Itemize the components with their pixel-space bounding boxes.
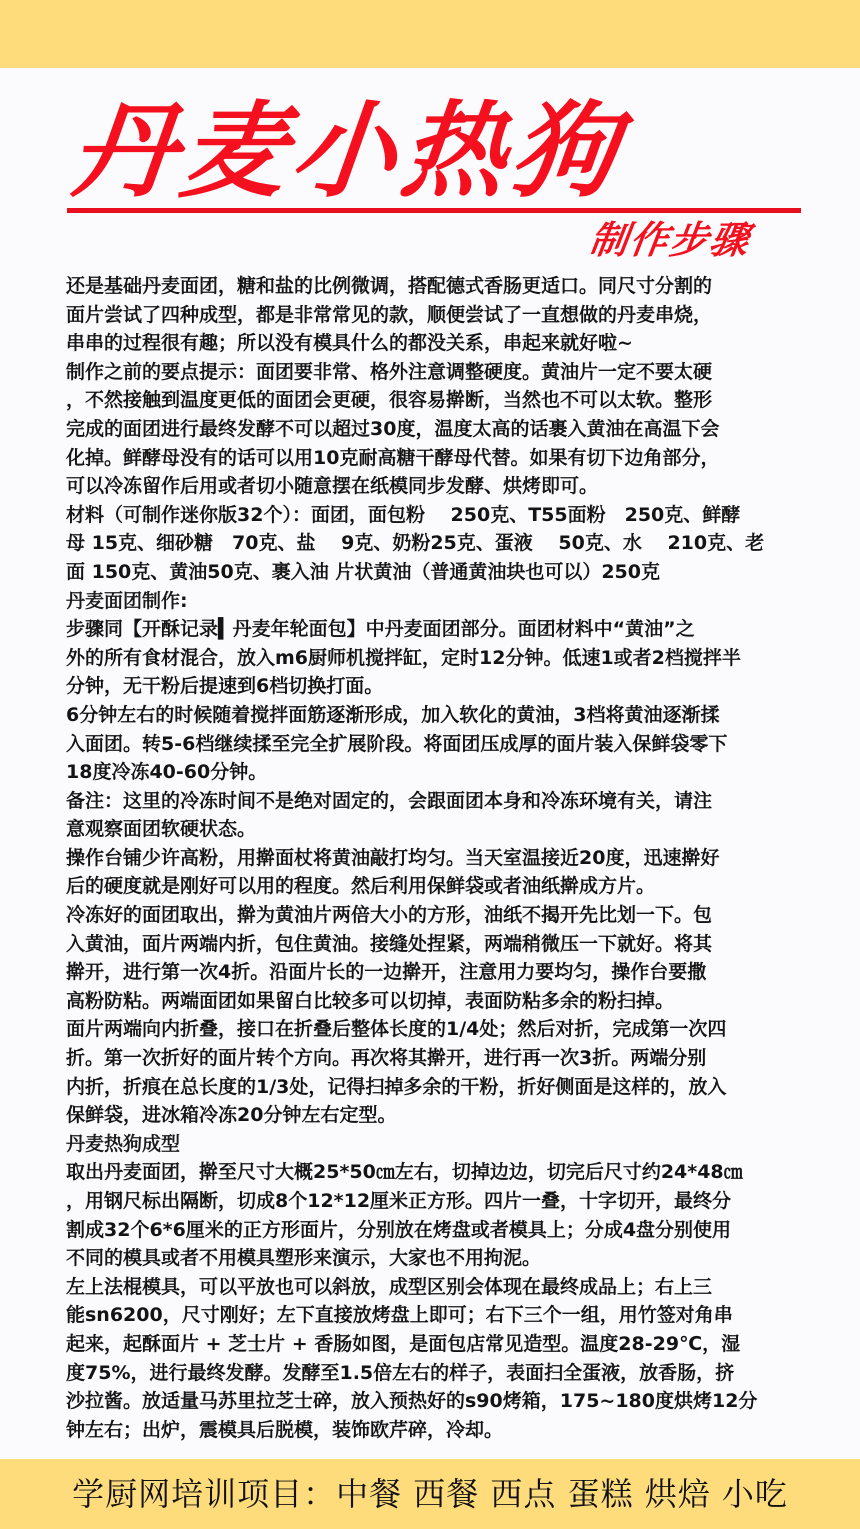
text-line: ，用钢尺标出隔断，切成8个12*12厘米正方形。四片一叠，十字切开，最终分 <box>66 1187 796 1216</box>
footer-text: 学厨网培训项目：中餐 西餐 西点 蛋糕 烘焙 小吃 <box>72 1474 788 1514</box>
text-line: 完成的面团进行最终发酵不可以超过30度，温度太高的话裹入黄油在高温下会 <box>66 415 796 444</box>
text-line: 制作之前的要点提示：面团要非常、格外注意调整硬度。黄油片一定不要太硬 <box>66 358 796 387</box>
tips-paragraph: 制作之前的要点提示：面团要非常、格外注意调整硬度。黄油片一定不要太硬 ，不然接触… <box>66 358 796 501</box>
text-line: 保鲜袋，进冰箱冷冻20分钟左右定型。 <box>66 1101 796 1130</box>
text-line: 母 15克、细砂糖 70克、盐 9克、奶粉25克、蛋液 50克、水 210克、老 <box>66 529 796 558</box>
text-line: 外的所有食材混合，放入m6厨师机搅拌缸，定时12分钟。低速1或者2档搅拌半 <box>66 644 796 673</box>
title-divider <box>67 208 801 213</box>
text-line: 高粉防粘。两端面团如果留白比较多可以切掉，表面防粘多余的粉扫掉。 <box>66 987 796 1016</box>
top-banner <box>0 0 860 68</box>
text-line: 面片两端向内折叠，接口在折叠后整体长度的1/4处；然后对折，完成第一次四 <box>66 1015 796 1044</box>
page-subtitle: 制作步骤 <box>587 218 793 262</box>
text-line: 步骤同【开酥记录▍丹麦年轮面包】中丹麦面团部分。面团材料中“黄油”之 <box>66 615 796 644</box>
text-line: 度75%，进行最终发酵。发酵至1.5倍左右的样子，表面扫全蛋液，放香肠，挤 <box>66 1359 796 1388</box>
text-line: 擀开，进行第一次4折。沿面片长的一边擀开，注意用力要均匀，操作台要撒 <box>66 958 796 987</box>
text-line: 左上法棍模具，可以平放也可以斜放，成型区别会体现在最终成品上；右上三 <box>66 1273 796 1302</box>
text-line: 取出丹麦面团，擀至尺寸大概25*50㎝左右，切掉边边，切完后尺寸约24*48㎝ <box>66 1158 796 1187</box>
text-line: 入黄油，面片两端内折，包住黄油。接缝处捏紧，两端稍微压一下就好。将其 <box>66 930 796 959</box>
intro-paragraph: 还是基础丹麦面团，糖和盐的比例微调，搭配德式香肠更适口。同尺寸分割的 面片尝试了… <box>66 272 796 358</box>
shaping-step-1: 取出丹麦面团，擀至尺寸大概25*50㎝左右，切掉边边，切完后尺寸约24*48㎝ … <box>66 1158 796 1272</box>
lamination-step-2: 面片两端向内折叠，接口在折叠后整体长度的1/4处；然后对折，完成第一次四 折。第… <box>66 1015 796 1129</box>
dough-step-1: 步骤同【开酥记录▍丹麦年轮面包】中丹麦面团部分。面团材料中“黄油”之 外的所有食… <box>66 615 796 701</box>
note-paragraph: 备注：这里的冷冻时间不是绝对固定的，会跟面团本身和冷冻环境有关，请注 意观察面团… <box>66 787 796 844</box>
shaping-step-2: 左上法棍模具，可以平放也可以斜放，成型区别会体现在最终成品上；右上三 能sn62… <box>66 1273 796 1445</box>
text-line: 串串的过程很有趣；所以没有模具什么的都没关系，串起来就好啦~ <box>66 329 796 358</box>
text-line: 备注：这里的冷冻时间不是绝对固定的，会跟面团本身和冷冻环境有关，请注 <box>66 787 796 816</box>
text-line: 操作台铺少许高粉，用擀面杖将黄油敲打均匀。当天室温接近20度，迅速擀好 <box>66 844 796 873</box>
text-line: 还是基础丹麦面团，糖和盐的比例微调，搭配德式香肠更适口。同尺寸分割的 <box>66 272 796 301</box>
page-title: 丹麦小热狗 <box>66 96 818 206</box>
text-line: 面 150克、黄油50克、裹入油 片状黄油（普通黄油块也可以）250克 <box>66 558 796 587</box>
text-line: ，不然接触到温度更低的面团会更硬，很容易擀断，当然也不可以太软。整形 <box>66 386 796 415</box>
text-line: 6分钟左右的时候随着搅拌面筋逐渐形成，加入软化的黄油，3档将黄油逐渐揉 <box>66 701 796 730</box>
text-line: 材料（可制作迷你版32个）：面团，面包粉 250克、T55面粉 250克、鲜酵 <box>66 501 796 530</box>
text-line: 化掉。鲜酵母没有的话可以用10克耐高糖干酵母代替。如果有切下边角部分， <box>66 444 796 473</box>
text-line: 不同的模具或者不用模具塑形来演示，大家也不用拘泥。 <box>66 1244 796 1273</box>
text-line: 割成32个6*6厘米的正方形面片，分别放在烤盘或者模具上；分成4盘分别使用 <box>66 1216 796 1245</box>
section-heading-shaping: 丹麦热狗成型 <box>66 1130 796 1159</box>
footer-banner: 学厨网培训项目：中餐 西餐 西点 蛋糕 烘焙 小吃 <box>0 1459 860 1529</box>
dough-step-2: 6分钟左右的时候随着搅拌面筋逐渐形成，加入软化的黄油，3档将黄油逐渐揉 入面团。… <box>66 701 796 787</box>
text-line: 沙拉酱。放适量马苏里拉芝士碎，放入预热好的s90烤箱，175~180度烘烤12分 <box>66 1387 796 1416</box>
text-line: 意观察面团软硬状态。 <box>66 815 796 844</box>
text-line: 18度冷冻40-60分钟。 <box>66 758 796 787</box>
text-line: 面片尝试了四种成型，都是非常常见的款，顺便尝试了一直想做的丹麦串烧， <box>66 301 796 330</box>
text-line: 起来，起酥面片 + 芝士片 + 香肠如图，是面包店常见造型。温度28-29℃，湿 <box>66 1330 796 1359</box>
section-heading-dough: 丹麦面团制作: <box>66 587 796 616</box>
ingredients-paragraph: 材料（可制作迷你版32个）：面团，面包粉 250克、T55面粉 250克、鲜酵 … <box>66 501 796 587</box>
text-line: 钟左右；出炉，震模具后脱模，装饰欧芹碎，冷却。 <box>66 1416 796 1445</box>
butter-step: 操作台铺少许高粉，用擀面杖将黄油敲打均匀。当天室温接近20度，迅速擀好 后的硬度… <box>66 844 796 901</box>
text-line: 冷冻好的面团取出，擀为黄油片两倍大小的方形，油纸不揭开先比划一下。包 <box>66 901 796 930</box>
text-line: 折。第一次折好的面片转个方向。再次将其擀开，进行再一次3折。两端分别 <box>66 1044 796 1073</box>
article-body: 还是基础丹麦面团，糖和盐的比例微调，搭配德式香肠更适口。同尺寸分割的 面片尝试了… <box>66 272 796 1444</box>
lamination-step-1: 冷冻好的面团取出，擀为黄油片两倍大小的方形，油纸不揭开先比划一下。包 入黄油，面… <box>66 901 796 1015</box>
text-line: 后的硬度就是刚好可以用的程度。然后利用保鲜袋或者油纸擀成方片。 <box>66 872 796 901</box>
text-line: 能sn6200，尺寸刚好；左下直接放烤盘上即可；右下三个一组，用竹签对角串 <box>66 1301 796 1330</box>
text-line: 分钟，无干粉后提速到6档切换打面。 <box>66 672 796 701</box>
text-line: 可以冷冻留作后用或者切小随意摆在纸模同步发酵、烘烤即可。 <box>66 472 796 501</box>
text-line: 内折，折痕在总长度的1/3处，记得扫掉多余的干粉，折好侧面是这样的，放入 <box>66 1073 796 1102</box>
text-line: 入面团。转5-6档继续揉至完全扩展阶段。将面团压成厚的面片装入保鲜袋零下 <box>66 730 796 759</box>
